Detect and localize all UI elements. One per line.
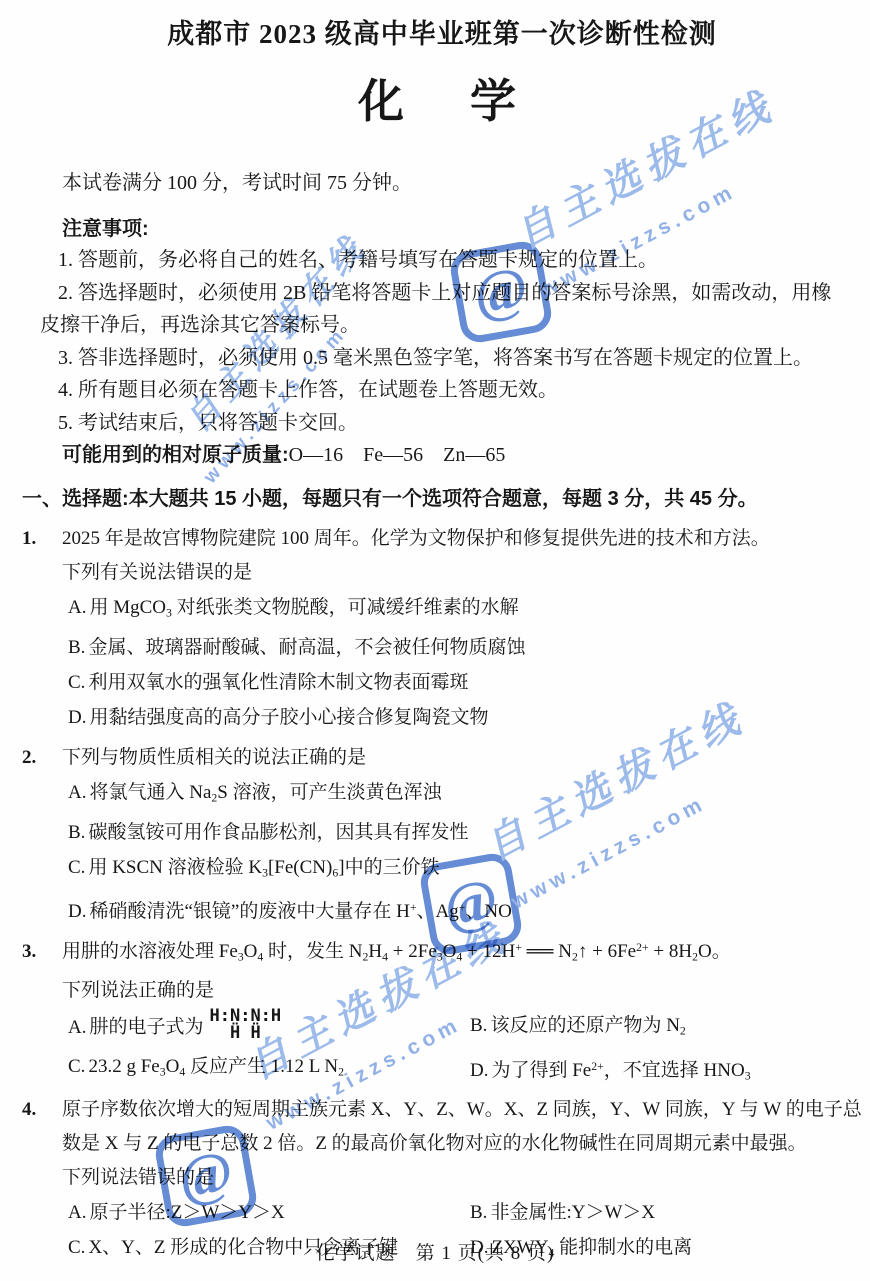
question-3-stem-line-1: 3.用肼的水溶液处理 Fe3O4 时，发生 N2H4 + 2Fe3O4 + 12…	[22, 931, 862, 974]
question-1-option-a: A.用 MgCO3 对纸张类文物脱酸，可减缓纤维素的水解	[68, 590, 862, 630]
question-2-stem-line-1: 2.下列与物质性质相关的说法正确的是	[22, 741, 862, 775]
question-4-stem-line-1: 4.原子序数依次增大的短周期主族元素 X、Y、Z、W。X、Z 同族，Y、W 同族…	[22, 1093, 862, 1127]
option-label: B.	[470, 1202, 487, 1223]
option-label: C.	[68, 857, 85, 878]
exam-info-line: 本试卷满分 100 分，考试时间 75 分钟。	[62, 168, 862, 198]
option-label: A.	[68, 1017, 86, 1038]
subject-title: 化 学	[22, 76, 862, 128]
option-label: A.	[68, 1202, 86, 1223]
note-item-5: 5. 考试结束后，只将答题卡交回。	[58, 407, 862, 440]
question-2-option-c: C.用 KSCN 溶液检验 K3[Fe(CN)6]中的三价铁	[68, 850, 862, 890]
option-text: 用黏结强度高的高分子胶小心接合修复陶瓷文物	[89, 707, 488, 728]
option-label: B.	[68, 822, 85, 843]
notes-title: 注意事项:	[62, 214, 862, 244]
question-3-equation: 用肼的水溶液处理 Fe3O4 时，发生 N2H4 + 2Fe3O4 + 12H+…	[62, 941, 731, 962]
question-2-number: 2.	[22, 741, 62, 775]
option-label: A.	[68, 597, 86, 618]
note-item-4: 4. 所有题目必须在答题卡上作答，在试题卷上答题无效。	[58, 374, 862, 407]
option-text: 金属、玻璃器耐酸碱、耐高温，不会被任何物质腐蚀	[88, 637, 525, 658]
option-text: 稀硝酸清洗“银镜”的废液中大量存在 H+、Ag+、NO	[89, 901, 511, 922]
notes-list: 1. 答题前，务必将自己的姓名、考籍号填写在答题卡规定的位置上。 2. 答选择题…	[22, 244, 862, 439]
question-2: 2.下列与物质性质相关的说法正确的是 A.将氯气通入 Na2S 溶液，可产生淡黄…	[22, 741, 862, 929]
exam-title: 成都市 2023 级高中毕业班第一次诊断性检测	[22, 16, 862, 52]
question-1-option-b: B.金属、玻璃器耐酸碱、耐高温，不会被任何物质腐蚀	[68, 630, 862, 665]
question-3-stem-line-2: 下列说法正确的是	[62, 974, 862, 1008]
question-2-option-a: A.将氯气通入 Na2S 溶液，可产生淡黄色浑浊	[68, 775, 862, 815]
hydrazine-lewis-structure: H:N:N:HḦ Ḧ	[210, 1008, 282, 1042]
option-label: C.	[68, 672, 85, 693]
question-1: 1.2025 年是故宫博物院建院 100 周年。化学为文物保护和修复提供先进的技…	[22, 522, 862, 735]
exam-paper-page: @ 自主选拔在线 www.zizzs.com 自主选拔在线 www.zizzs.…	[0, 0, 870, 1281]
question-4-stem-line-3: 下列说法错误的是	[62, 1161, 862, 1195]
atomic-masses-values: O—16 Fe—56 Zn—65	[289, 444, 506, 466]
option-text: 将氯气通入 Na2S 溶液，可产生淡黄色浑浊	[89, 782, 441, 803]
atomic-masses-label: 可能用到的相对原子质量:	[62, 444, 289, 466]
question-4-stem-line-2: 数是 X 与 Z 的电子总数 2 倍。Z 的最高价氧化物对应的水化物碱性在同周期…	[62, 1127, 862, 1161]
question-3: 3.用肼的水溶液处理 Fe3O4 时，发生 N2H4 + 2Fe3O4 + 12…	[22, 931, 862, 1093]
option-label: B.	[68, 637, 85, 658]
option-label: D.	[68, 707, 86, 728]
question-3-options: A.肼的电子式为H:N:N:HḦ Ḧ B.该反应的还原产物为 N2 C.23.2…	[68, 1008, 862, 1092]
question-2-stem-text: 下列与物质性质相关的说法正确的是	[62, 747, 366, 768]
question-1-stem-line-1: 1.2025 年是故宫博物院建院 100 周年。化学为文物保护和修复提供先进的技…	[22, 522, 862, 556]
option-text: 原子半径:Z＞W＞Y＞X	[89, 1202, 284, 1223]
question-1-option-c: C.利用双氧水的强氧化性清除木制文物表面霉斑	[68, 665, 862, 700]
option-label: C.	[68, 1056, 85, 1077]
option-text: 该反应的还原产物为 N2	[490, 1015, 685, 1036]
question-3-number: 3.	[22, 935, 62, 969]
option-text: 非金属性:Y＞W＞X	[490, 1202, 655, 1223]
note-item-2-line-1: 2. 答选择题时，必须使用 2B 铅笔将答题卡上对应题目的答案标号涂黑，如需改动…	[58, 277, 862, 310]
option-text: 用 MgCO3 对纸张类文物脱酸，可减缓纤维素的水解	[89, 597, 518, 618]
question-4-option-a: A.原子半径:Z＞W＞Y＞X	[68, 1195, 470, 1230]
question-1-stem-text: 2025 年是故宫博物院建院 100 周年。化学为文物保护和修复提供先进的技术和…	[62, 528, 770, 549]
option-text: 用 KSCN 溶液检验 K3[Fe(CN)6]中的三价铁	[88, 857, 439, 878]
question-4-option-b: B.非金属性:Y＞W＞X	[470, 1195, 862, 1230]
note-item-1: 1. 答题前，务必将自己的姓名、考籍号填写在答题卡规定的位置上。	[58, 244, 862, 277]
option-text: 利用双氧水的强氧化性清除木制文物表面霉斑	[88, 672, 468, 693]
section-heading: 一、选择题:本大题共 15 小题，每题只有一个选项符合题意，每题 3 分，共 4…	[22, 484, 862, 514]
question-3-option-c: C.23.2 g Fe3O4 反应产生 1.12 L N2	[68, 1049, 470, 1093]
option-label: D.	[68, 901, 86, 922]
question-3-option-d: D.为了得到 Fe2+，不宜选择 HNO3	[470, 1049, 862, 1093]
question-4-stem-text: 原子序数依次增大的短周期主族元素 X、Y、Z、W。X、Z 同族，Y、W 同族，Y…	[62, 1099, 862, 1120]
atomic-masses-line: 可能用到的相对原子质量:O—16 Fe—56 Zn—65	[62, 439, 862, 472]
question-3-option-a: A.肼的电子式为H:N:N:HḦ Ḧ	[68, 1008, 470, 1048]
page-footer: 化学试题 第 1 页(共 8 页)	[0, 1238, 870, 1265]
option-text: 碳酸氢铵可用作食品膨松剂，因其具有挥发性	[88, 822, 468, 843]
question-1-number: 1.	[22, 522, 62, 556]
question-1-stem-line-2: 下列有关说法错误的是	[62, 556, 862, 590]
note-item-3: 3. 答非选择题时，必须使用 0.5 毫米黑色签字笔，将答案书写在答题卡规定的位…	[58, 342, 862, 375]
question-2-option-b: B.碳酸氢铵可用作食品膨松剂，因其具有挥发性	[68, 815, 862, 850]
option-label: D.	[470, 1060, 488, 1081]
question-4-number: 4.	[22, 1093, 62, 1127]
lewis-bottom-row: Ḧ Ḧ	[210, 1025, 282, 1042]
question-3-option-b: B.该反应的还原产物为 N2	[470, 1008, 862, 1048]
option-label: A.	[68, 782, 86, 803]
option-text: 肼的电子式为	[89, 1017, 203, 1038]
note-item-2-line-2: 皮擦干净后，再选涂其它答案标号。	[40, 309, 862, 342]
question-1-option-d: D.用黏结强度高的高分子胶小心接合修复陶瓷文物	[68, 700, 862, 735]
option-label: B.	[470, 1015, 487, 1036]
question-2-option-d: D.稀硝酸清洗“银镜”的废液中大量存在 H+、Ag+、NO	[68, 890, 862, 929]
option-text: 为了得到 Fe2+，不宜选择 HNO3	[491, 1060, 750, 1081]
option-text: 23.2 g Fe3O4 反应产生 1.12 L N2	[88, 1056, 344, 1077]
